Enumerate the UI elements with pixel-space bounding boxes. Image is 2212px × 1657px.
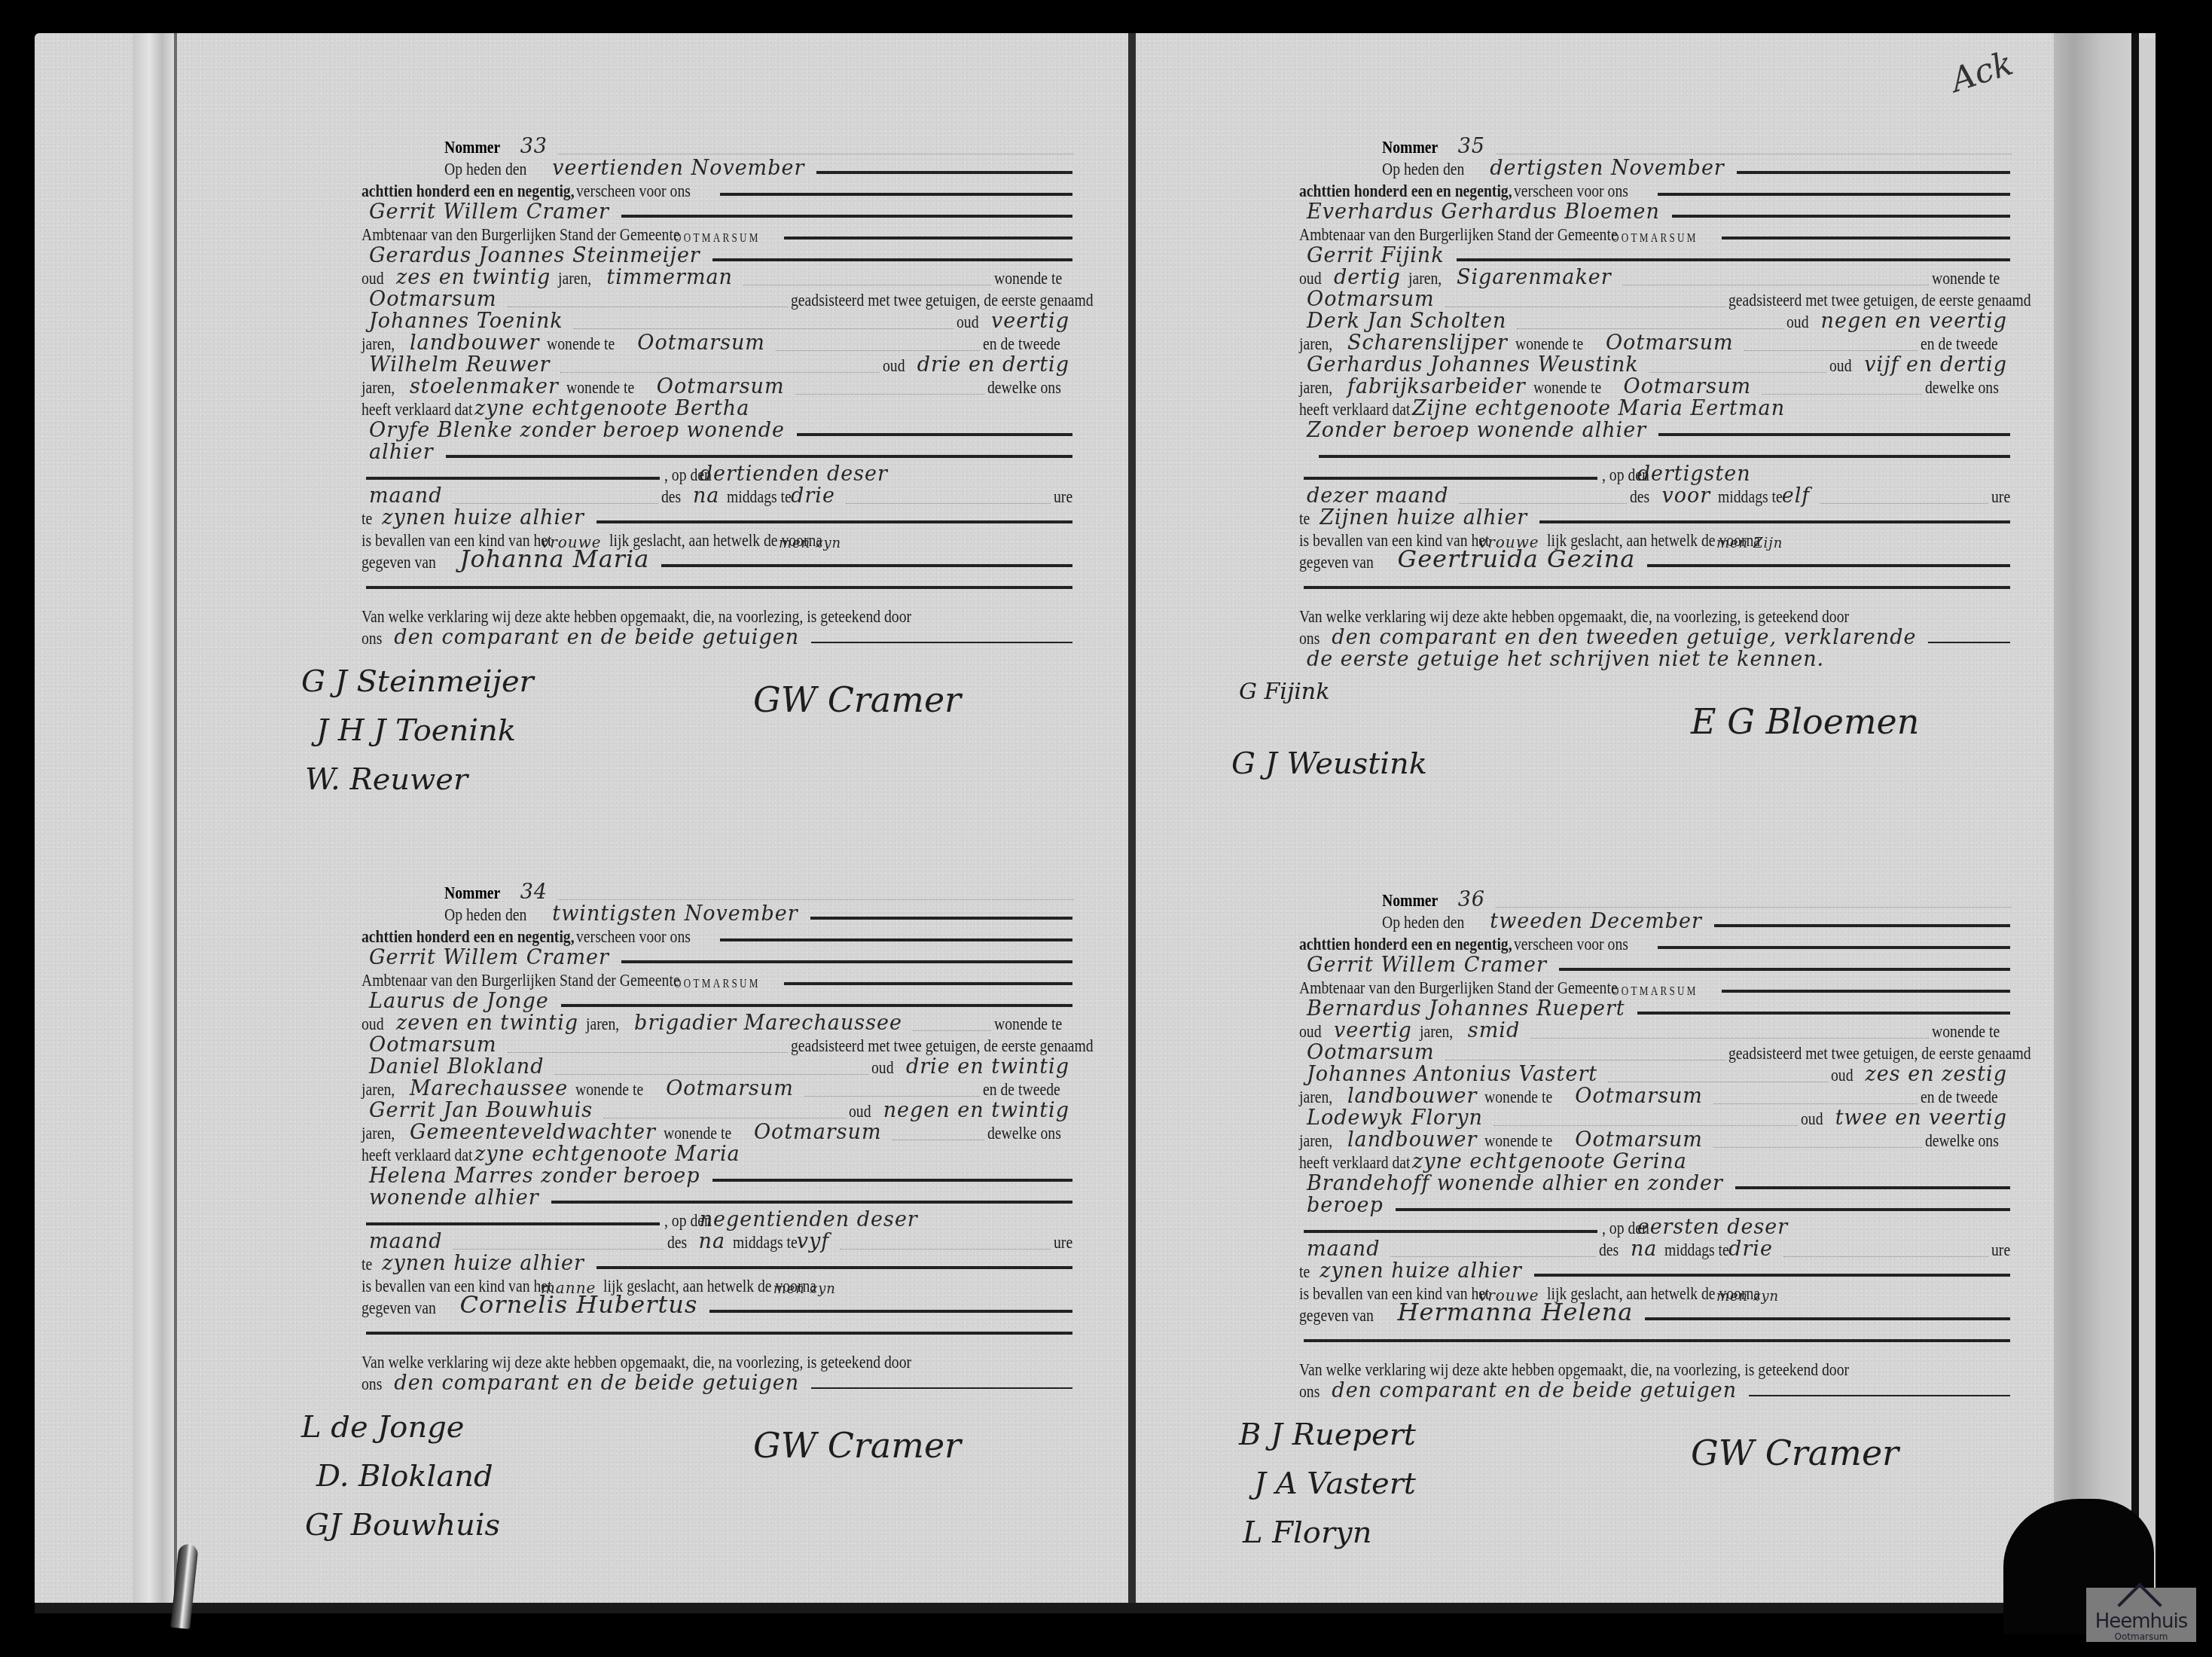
page-edge-shadow [2054, 33, 2133, 1604]
witness1-name: Derk Jan Scholten [1307, 310, 1506, 333]
child-name: Johanna Maria [460, 545, 650, 573]
heemhuis-watermark: Heemhuis Ootmarsum [2086, 1588, 2196, 1642]
declarant-occupation: brigadier Marechaussee [634, 1012, 902, 1035]
signatures: L de Jonge D. Blokland GJ Bouwhuis GW Cr… [362, 1395, 1077, 1568]
signatures: B J Ruepert J A Vastert L Floryn GW Cram… [1299, 1402, 2015, 1576]
birth-month: dezer maand [1307, 484, 1448, 508]
witness2-name: Gerrit Jan Bouwhuis [369, 1099, 593, 1122]
binding-strip [133, 33, 175, 1606]
signature: J H J Toenink [316, 713, 516, 748]
declarant-residence: Ootmarsum [1307, 288, 1435, 311]
bottom-shadow [35, 1603, 2143, 1613]
record-number: 35 [1458, 135, 1485, 158]
witness1-residence: Ootmarsum [637, 331, 765, 355]
record-number-line: Nommer 36 [1299, 866, 2015, 911]
witness1-age: drie en twintig [906, 1055, 1069, 1079]
witness2-occupation: stoelenmaker [410, 375, 559, 398]
mother-statement: Zijne echtgenoote Maria Eertman [1412, 397, 1785, 420]
mother-statement: zyne echtgenoote Bertha [474, 397, 749, 420]
declarant-name: Gerardus Joannes Steinmeijer [369, 244, 700, 267]
official-name: Gerrit Willem Cramer [369, 946, 609, 969]
witness2-occupation: Gemeenteveldwachter [410, 1121, 656, 1144]
mother-statement: zyne echtgenoote Maria [474, 1143, 740, 1166]
birth-day: negentienden deser [700, 1208, 918, 1231]
declarant-name: Gerrit Fijink [1307, 244, 1445, 267]
date-line: Op heden den dertigsten November [1299, 158, 2015, 180]
witness2-name: Gerhardus Johannes Weustink [1307, 353, 1639, 377]
record-number-line: Nommer 34 [362, 859, 1077, 904]
record-number-line: Nommer 33 [362, 113, 1077, 158]
signature: G Fijink [1239, 679, 1329, 705]
declarant-age: dertig [1334, 266, 1401, 289]
declarant-occupation: Sigarenmaker [1457, 266, 1612, 289]
birth-record: Nommer 36 Op heden den tweeden December … [1299, 866, 2015, 1576]
nommer-label: Nommer [1382, 138, 1438, 158]
birth-hour: drie [791, 484, 835, 508]
witness1-occupation: landbouwer [1347, 1085, 1477, 1108]
cover-edge [2131, 33, 2139, 1606]
mother-statement-end: alhier [369, 441, 434, 464]
birth-place: Zijnen huize alhier [1320, 506, 1527, 529]
witness1-residence: Ootmarsum [1575, 1085, 1703, 1108]
witness1-name: Johannes Antonius Vastert [1307, 1063, 1597, 1086]
declarant-residence: Ootmarsum [369, 1033, 497, 1057]
mother-statement-cont: Zonder beroep wonende alhier [1307, 419, 1646, 442]
witness1-residence: Ootmarsum [666, 1077, 794, 1100]
record-date: tweeden December [1490, 910, 1702, 933]
signature: J A Vastert [1254, 1466, 1416, 1501]
birth-day: eersten deser [1637, 1216, 1789, 1239]
mother-statement-end: beroep [1307, 1194, 1384, 1217]
declarant-age: veertig [1334, 1019, 1412, 1042]
birth-record: Nommer 33 Op heden den veertienden Novem… [362, 113, 1077, 822]
signed-by: den comparant en de beide getuigen [1332, 1379, 1737, 1402]
birth-day: dertienden deser [700, 462, 888, 486]
signature: W. Reuwer [305, 762, 468, 797]
birth-place: zynen huize alhier [382, 506, 584, 529]
child-name: Geertruida Gezina [1398, 545, 1636, 573]
am-pm: na [1631, 1237, 1658, 1261]
signed-by-cont: de eerste getuige het schrijven niet te … [1307, 648, 1824, 671]
signed-by: den comparant en de beide getuigen [394, 1372, 799, 1395]
declarant-occupation: timmerman [606, 266, 733, 289]
witness1-age: negen en veertig [1821, 310, 2007, 333]
record-number: 33 [520, 135, 548, 158]
mother-statement-cont: Brandehoff wonende alhier en zonder [1307, 1172, 1723, 1195]
date-line: Op heden den twintigsten November [362, 904, 1077, 926]
record-date: twintigsten November [552, 902, 798, 926]
signatures: G Fijink G J Weustink E G Bloemen [1299, 671, 2015, 844]
signature: GJ Bouwhuis [305, 1508, 500, 1543]
witness1-name: Daniel Blokland [369, 1055, 544, 1079]
signed-by: den comparant en den tweeden getuige, ve… [1332, 626, 1916, 649]
witness2-age: drie en dertig [917, 353, 1069, 377]
am-pm: na [699, 1230, 726, 1253]
am-pm: voor [1661, 484, 1710, 508]
witness1-occupation: landbouwer [410, 331, 539, 355]
witness1-age: veertig [991, 310, 1069, 333]
official-name: Gerrit Willem Cramer [1307, 954, 1547, 977]
nommer-label: Nommer [444, 883, 500, 904]
signature: L de Jonge [301, 1410, 464, 1445]
official-signature: GW Cramer [1691, 1433, 1899, 1473]
gemeente: OOTMARSUM [674, 978, 761, 991]
mother-statement-cont: Helena Marres zonder beroep [369, 1164, 700, 1188]
signed-by: den comparant en de beide getuigen [394, 626, 799, 649]
declarant-name: Laurus de Jonge [369, 990, 549, 1013]
am-pm: na [693, 484, 720, 508]
signature: B J Ruepert [1239, 1417, 1416, 1452]
declarant-age: zes en twintig [396, 266, 551, 289]
date-line: Op heden den tweeden December [1299, 911, 2015, 933]
witness2-residence: Ootmarsum [657, 375, 785, 398]
signatures: G J Steinmeijer J H J Toenink W. Reuwer … [362, 649, 1077, 822]
record-number: 34 [520, 880, 548, 904]
birth-month: maand [369, 484, 442, 508]
binding-line [174, 33, 177, 1606]
book-spine [1128, 33, 1136, 1607]
signature: G J Steinmeijer [301, 664, 534, 699]
declarant-residence: Ootmarsum [1307, 1041, 1435, 1064]
declarant-residence: Ootmarsum [369, 288, 497, 311]
record-number-line: Nommer 35 [1299, 113, 2015, 158]
birth-record: Nommer 34 Op heden den twintigsten Novem… [362, 859, 1077, 1568]
child-name: Hermanna Helena [1398, 1298, 1634, 1326]
official-signature: GW Cramer [753, 1425, 961, 1466]
witness2-residence: Ootmarsum [1575, 1128, 1703, 1152]
witness2-residence: Ootmarsum [754, 1121, 882, 1144]
declarant-occupation: smid [1468, 1019, 1520, 1042]
signature: D. Blokland [316, 1459, 493, 1494]
declarant-name: Bernardus Johannes Ruepert [1307, 997, 1625, 1021]
nommer-label: Nommer [1382, 891, 1438, 911]
record-date: veertienden November [552, 157, 804, 180]
birth-month: maand [369, 1230, 442, 1253]
birth-hour: vyf [797, 1230, 830, 1253]
witness2-age: twee en veertig [1835, 1106, 2007, 1130]
birth-record: Nommer 35 Op heden den dertigsten Novemb… [1299, 113, 2015, 844]
signature: L Floryn [1243, 1515, 1371, 1550]
page-edge [2139, 38, 2156, 1604]
official-signature: GW Cramer [753, 679, 961, 720]
official-name: Gerrit Willem Cramer [369, 200, 609, 224]
official-name: Everhardus Gerhardus Bloemen [1307, 200, 1660, 224]
witness2-age: negen en twintig [883, 1099, 1069, 1122]
birth-place: zynen huize alhier [1320, 1259, 1522, 1283]
signature: G J Weustink [1231, 746, 1427, 781]
mother-statement: zyne echtgenoote Gerina [1412, 1150, 1687, 1173]
witness1-age: zes en zestig [1866, 1063, 2007, 1086]
witness1-name: Johannes Toenink [369, 310, 563, 333]
witness1-residence: Ootmarsum [1606, 331, 1734, 355]
witness2-residence: Ootmarsum [1624, 375, 1752, 398]
birth-month: maand [1307, 1237, 1380, 1261]
birth-hour: drie [1728, 1237, 1773, 1261]
nommer-label: Nommer [444, 138, 500, 158]
witness2-name: Lodewyk Floryn [1307, 1106, 1483, 1130]
birth-place: zynen huize alhier [382, 1252, 584, 1275]
witness2-age: vijf en dertig [1864, 353, 2007, 377]
birth-day: dertigsten [1637, 462, 1751, 486]
witness1-occupation: Marechaussee [410, 1077, 568, 1100]
witness1-occupation: Scharenslijper [1347, 331, 1508, 355]
record-number: 36 [1458, 888, 1485, 911]
record-date: dertigsten November [1490, 157, 1724, 180]
mother-statement-cont: Oryfe Blenke zonder beroep wonende [369, 419, 785, 442]
gemeente: OOTMARSUM [1612, 232, 1698, 246]
child-name: Cornelis Hubertus [460, 1290, 698, 1319]
witness2-name: Wilhelm Reuwer [369, 353, 550, 377]
witness2-occupation: landbouwer [1347, 1128, 1477, 1152]
official-signature: E G Bloemen [1691, 701, 1919, 742]
birth-hour: elf [1782, 484, 1811, 508]
date-line: Op heden den veertienden November [362, 158, 1077, 180]
mother-statement-end: wonende alhier [369, 1186, 539, 1210]
declarant-age: zeven en twintig [396, 1012, 578, 1035]
witness2-occupation: fabrijksarbeider [1347, 375, 1526, 398]
